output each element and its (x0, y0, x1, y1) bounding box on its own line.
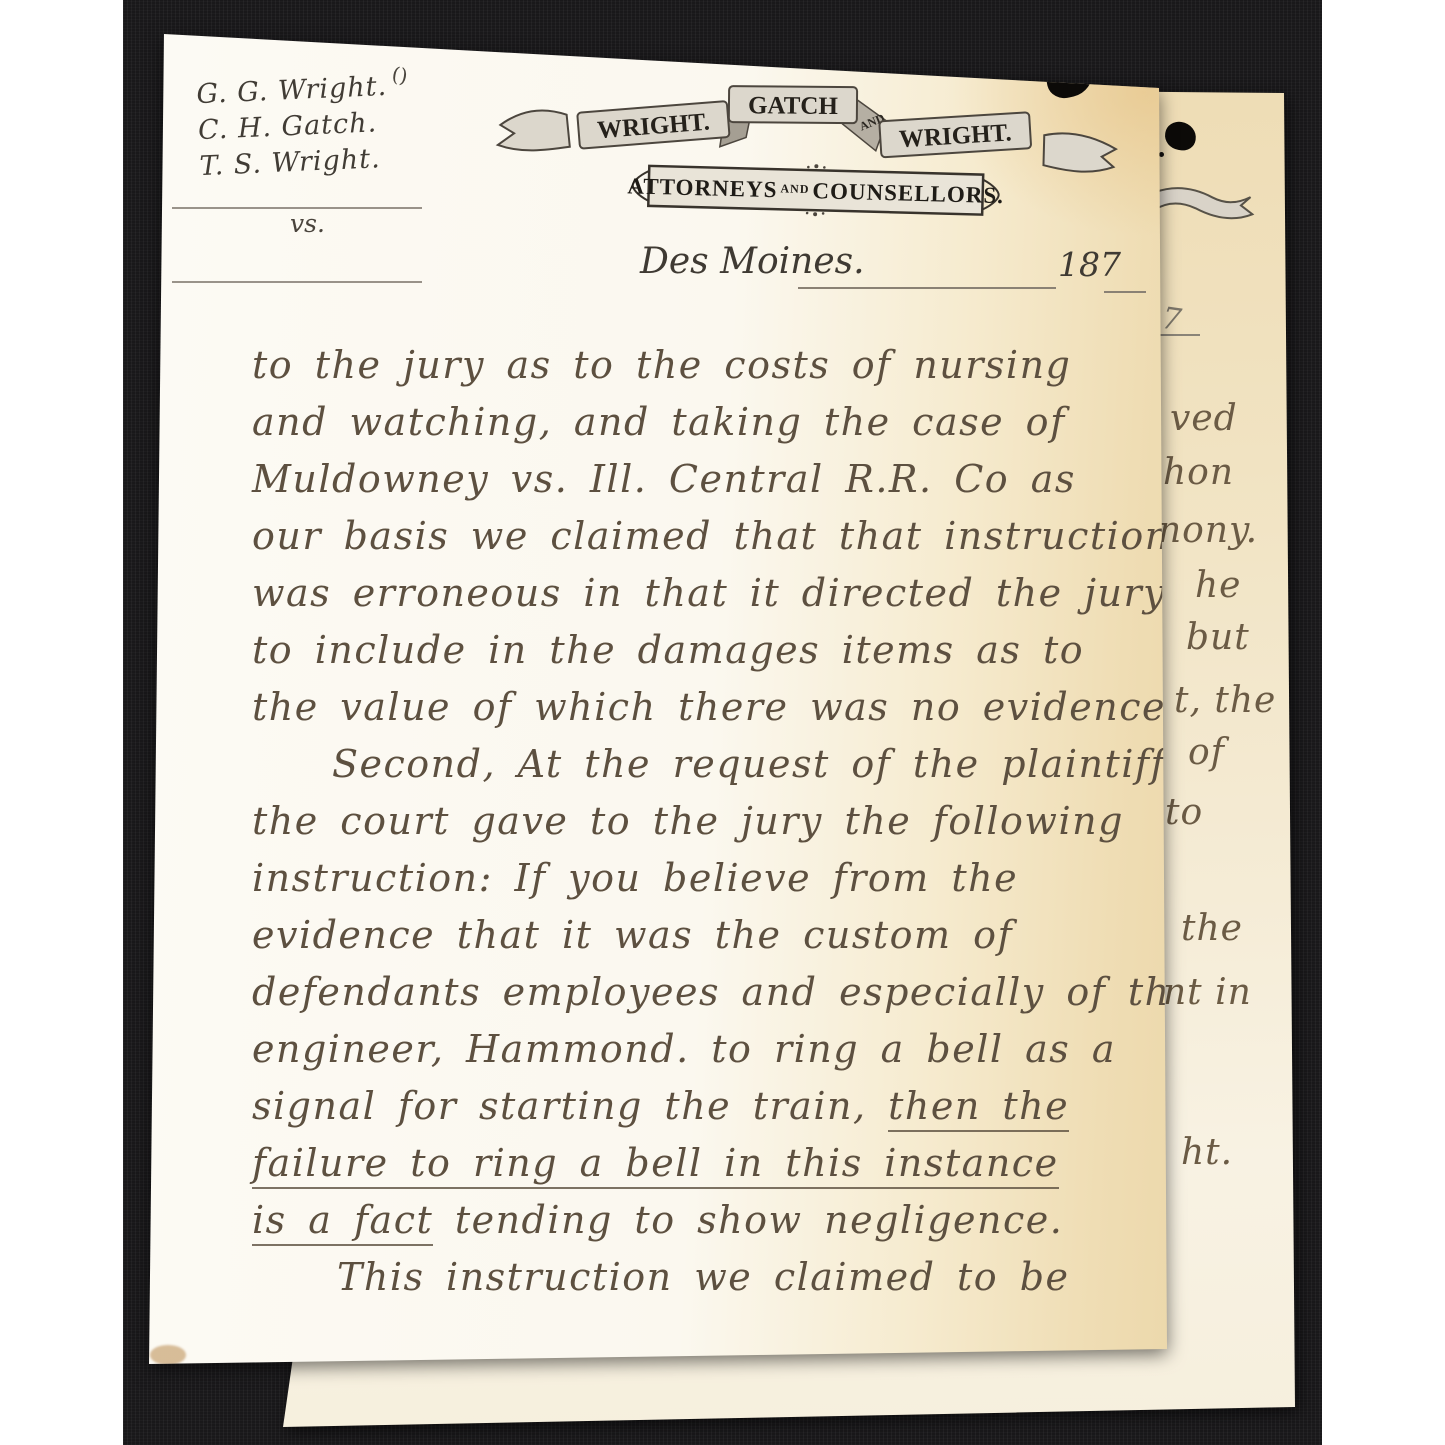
background-cloth (123, 0, 1322, 1445)
product-photo: 7 vedhonnony.hebutt, theoftothent inht. … (0, 0, 1445, 1445)
